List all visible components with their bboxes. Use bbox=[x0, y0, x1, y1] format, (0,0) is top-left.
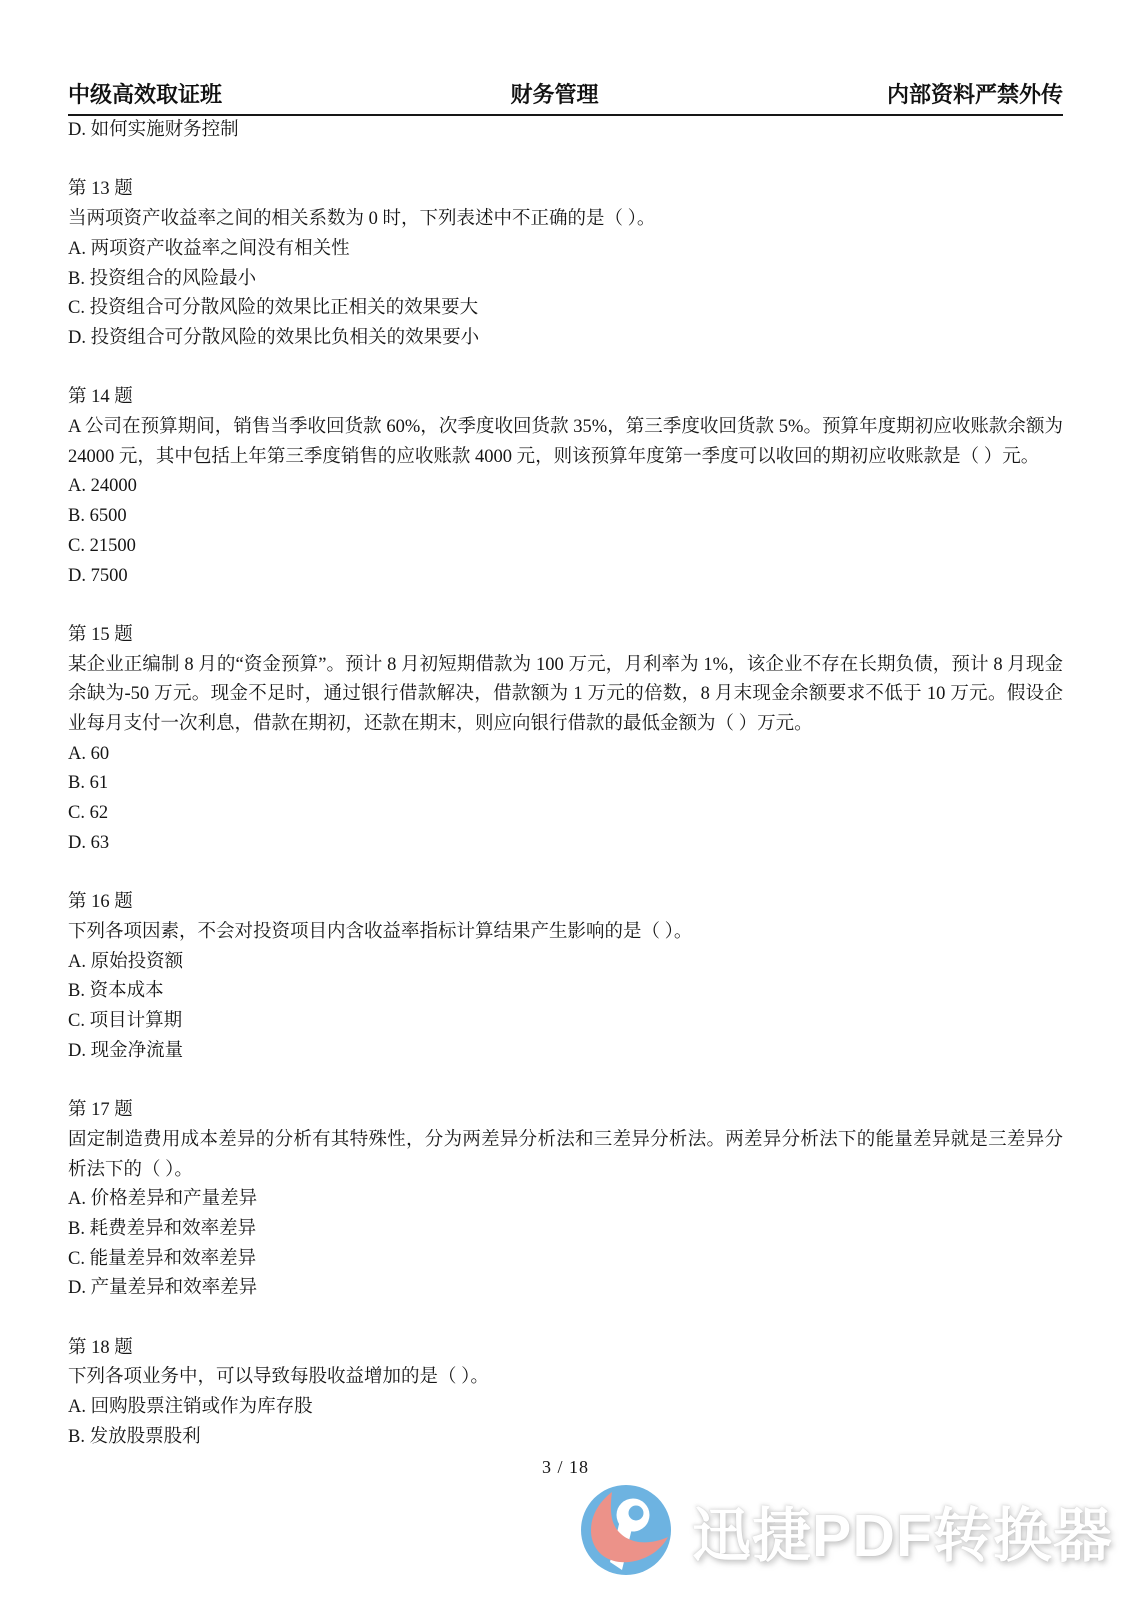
option-c: C. 62 bbox=[68, 799, 1063, 829]
option-b: B. 耗费差异和效率差异 bbox=[68, 1215, 1063, 1245]
question-16: 第 16 题 下列各项因素，不会对投资项目内含收益率指标计算结果产生影响的是（ … bbox=[68, 888, 1063, 1066]
question-number: 第 15 题 bbox=[68, 621, 1063, 651]
option-d: D. 现金净流量 bbox=[68, 1037, 1063, 1067]
option-b: B. 发放股票股利 bbox=[68, 1423, 1063, 1453]
option-c: C. 项目计算期 bbox=[68, 1007, 1063, 1037]
question-number: 第 13 题 bbox=[68, 175, 1063, 205]
question-number: 第 14 题 bbox=[68, 383, 1063, 413]
question-number: 第 16 题 bbox=[68, 888, 1063, 918]
question-18: 第 18 题 下列各项业务中，可以导致每股收益增加的是（ ）。 A. 回购股票注… bbox=[68, 1334, 1063, 1453]
option-c: C. 21500 bbox=[68, 532, 1063, 562]
question-stem: A 公司在预算期间，销售当季收回货款 60%，次季度收回货款 35%，第三季度收… bbox=[68, 413, 1063, 472]
option-c: C. 能量差异和效率差异 bbox=[68, 1245, 1063, 1275]
watermark: 迅捷PDF转换器 bbox=[580, 1484, 1113, 1576]
option-b: B. 6500 bbox=[68, 502, 1063, 532]
page-content: D. 如何实施财务控制 第 13 题 当两项资产收益率之间的相关系数为 0 时，… bbox=[68, 116, 1063, 1482]
question-17: 第 17 题 固定制造费用成本差异的分析有其特殊性，分为两差异分析法和三差异分析… bbox=[68, 1096, 1063, 1304]
header-subject-title: 财务管理 bbox=[510, 83, 598, 107]
document-page: 中级高效取证班 财务管理 内部资料严禁外传 D. 如何实施财务控制 第 13 题… bbox=[0, 0, 1131, 1600]
option-c: C. 投资组合可分散风险的效果比正相关的效果要大 bbox=[68, 294, 1063, 324]
option-a: A. 回购股票注销或作为库存股 bbox=[68, 1393, 1063, 1423]
page-footer: 3 / 18 bbox=[68, 1453, 1063, 1483]
pdf-converter-logo-icon bbox=[580, 1484, 672, 1576]
option-b: B. 61 bbox=[68, 769, 1063, 799]
question-stem: 下列各项业务中，可以导致每股收益增加的是（ ）。 bbox=[68, 1363, 1063, 1393]
page-header: 中级高效取证班 财务管理 内部资料严禁外传 bbox=[68, 0, 1063, 116]
question-13: 第 13 题 当两项资产收益率之间的相关系数为 0 时，下列表述中不正确的是（ … bbox=[68, 175, 1063, 353]
question-stem: 某企业正编制 8 月的“资金预算”。预计 8 月初短期借款为 100 万元，月利… bbox=[68, 651, 1063, 740]
option-a: A. 原始投资额 bbox=[68, 948, 1063, 978]
option-d: D. 7500 bbox=[68, 562, 1063, 592]
question-number: 第 17 题 bbox=[68, 1096, 1063, 1126]
page-indicator: 3 / 18 bbox=[542, 1457, 589, 1477]
question-stem: 当两项资产收益率之间的相关系数为 0 时，下列表述中不正确的是（ ）。 bbox=[68, 205, 1063, 235]
option-a: A. 24000 bbox=[68, 472, 1063, 502]
option-b: B. 投资组合的风险最小 bbox=[68, 265, 1063, 295]
question-stem: 固定制造费用成本差异的分析有其特殊性，分为两差异分析法和三差异分析法。两差异分析… bbox=[68, 1126, 1063, 1185]
question-stem: 下列各项因素，不会对投资项目内含收益率指标计算结果产生影响的是（ ）。 bbox=[68, 918, 1063, 948]
option-a: A. 价格差异和产量差异 bbox=[68, 1185, 1063, 1215]
option-d: D. 产量差异和效率差异 bbox=[68, 1274, 1063, 1304]
question-number: 第 18 题 bbox=[68, 1334, 1063, 1364]
watermark-text: 迅捷PDF转换器 bbox=[692, 1488, 1113, 1573]
question-15: 第 15 题 某企业正编制 8 月的“资金预算”。预计 8 月初短期借款为 10… bbox=[68, 621, 1063, 859]
header-course-title: 中级高效取证班 bbox=[68, 83, 222, 107]
option-a: A. 两项资产收益率之间没有相关性 bbox=[68, 235, 1063, 265]
option-d: D. 63 bbox=[68, 829, 1063, 859]
header-confidential-notice: 内部资料严禁外传 bbox=[887, 83, 1063, 107]
option-d: D. 投资组合可分散风险的效果比负相关的效果要小 bbox=[68, 324, 1063, 354]
carryover-option: D. 如何实施财务控制 bbox=[68, 116, 1063, 146]
option-b: B. 资本成本 bbox=[68, 977, 1063, 1007]
option-a: A. 60 bbox=[68, 740, 1063, 770]
question-14: 第 14 题 A 公司在预算期间，销售当季收回货款 60%，次季度收回货款 35… bbox=[68, 383, 1063, 591]
